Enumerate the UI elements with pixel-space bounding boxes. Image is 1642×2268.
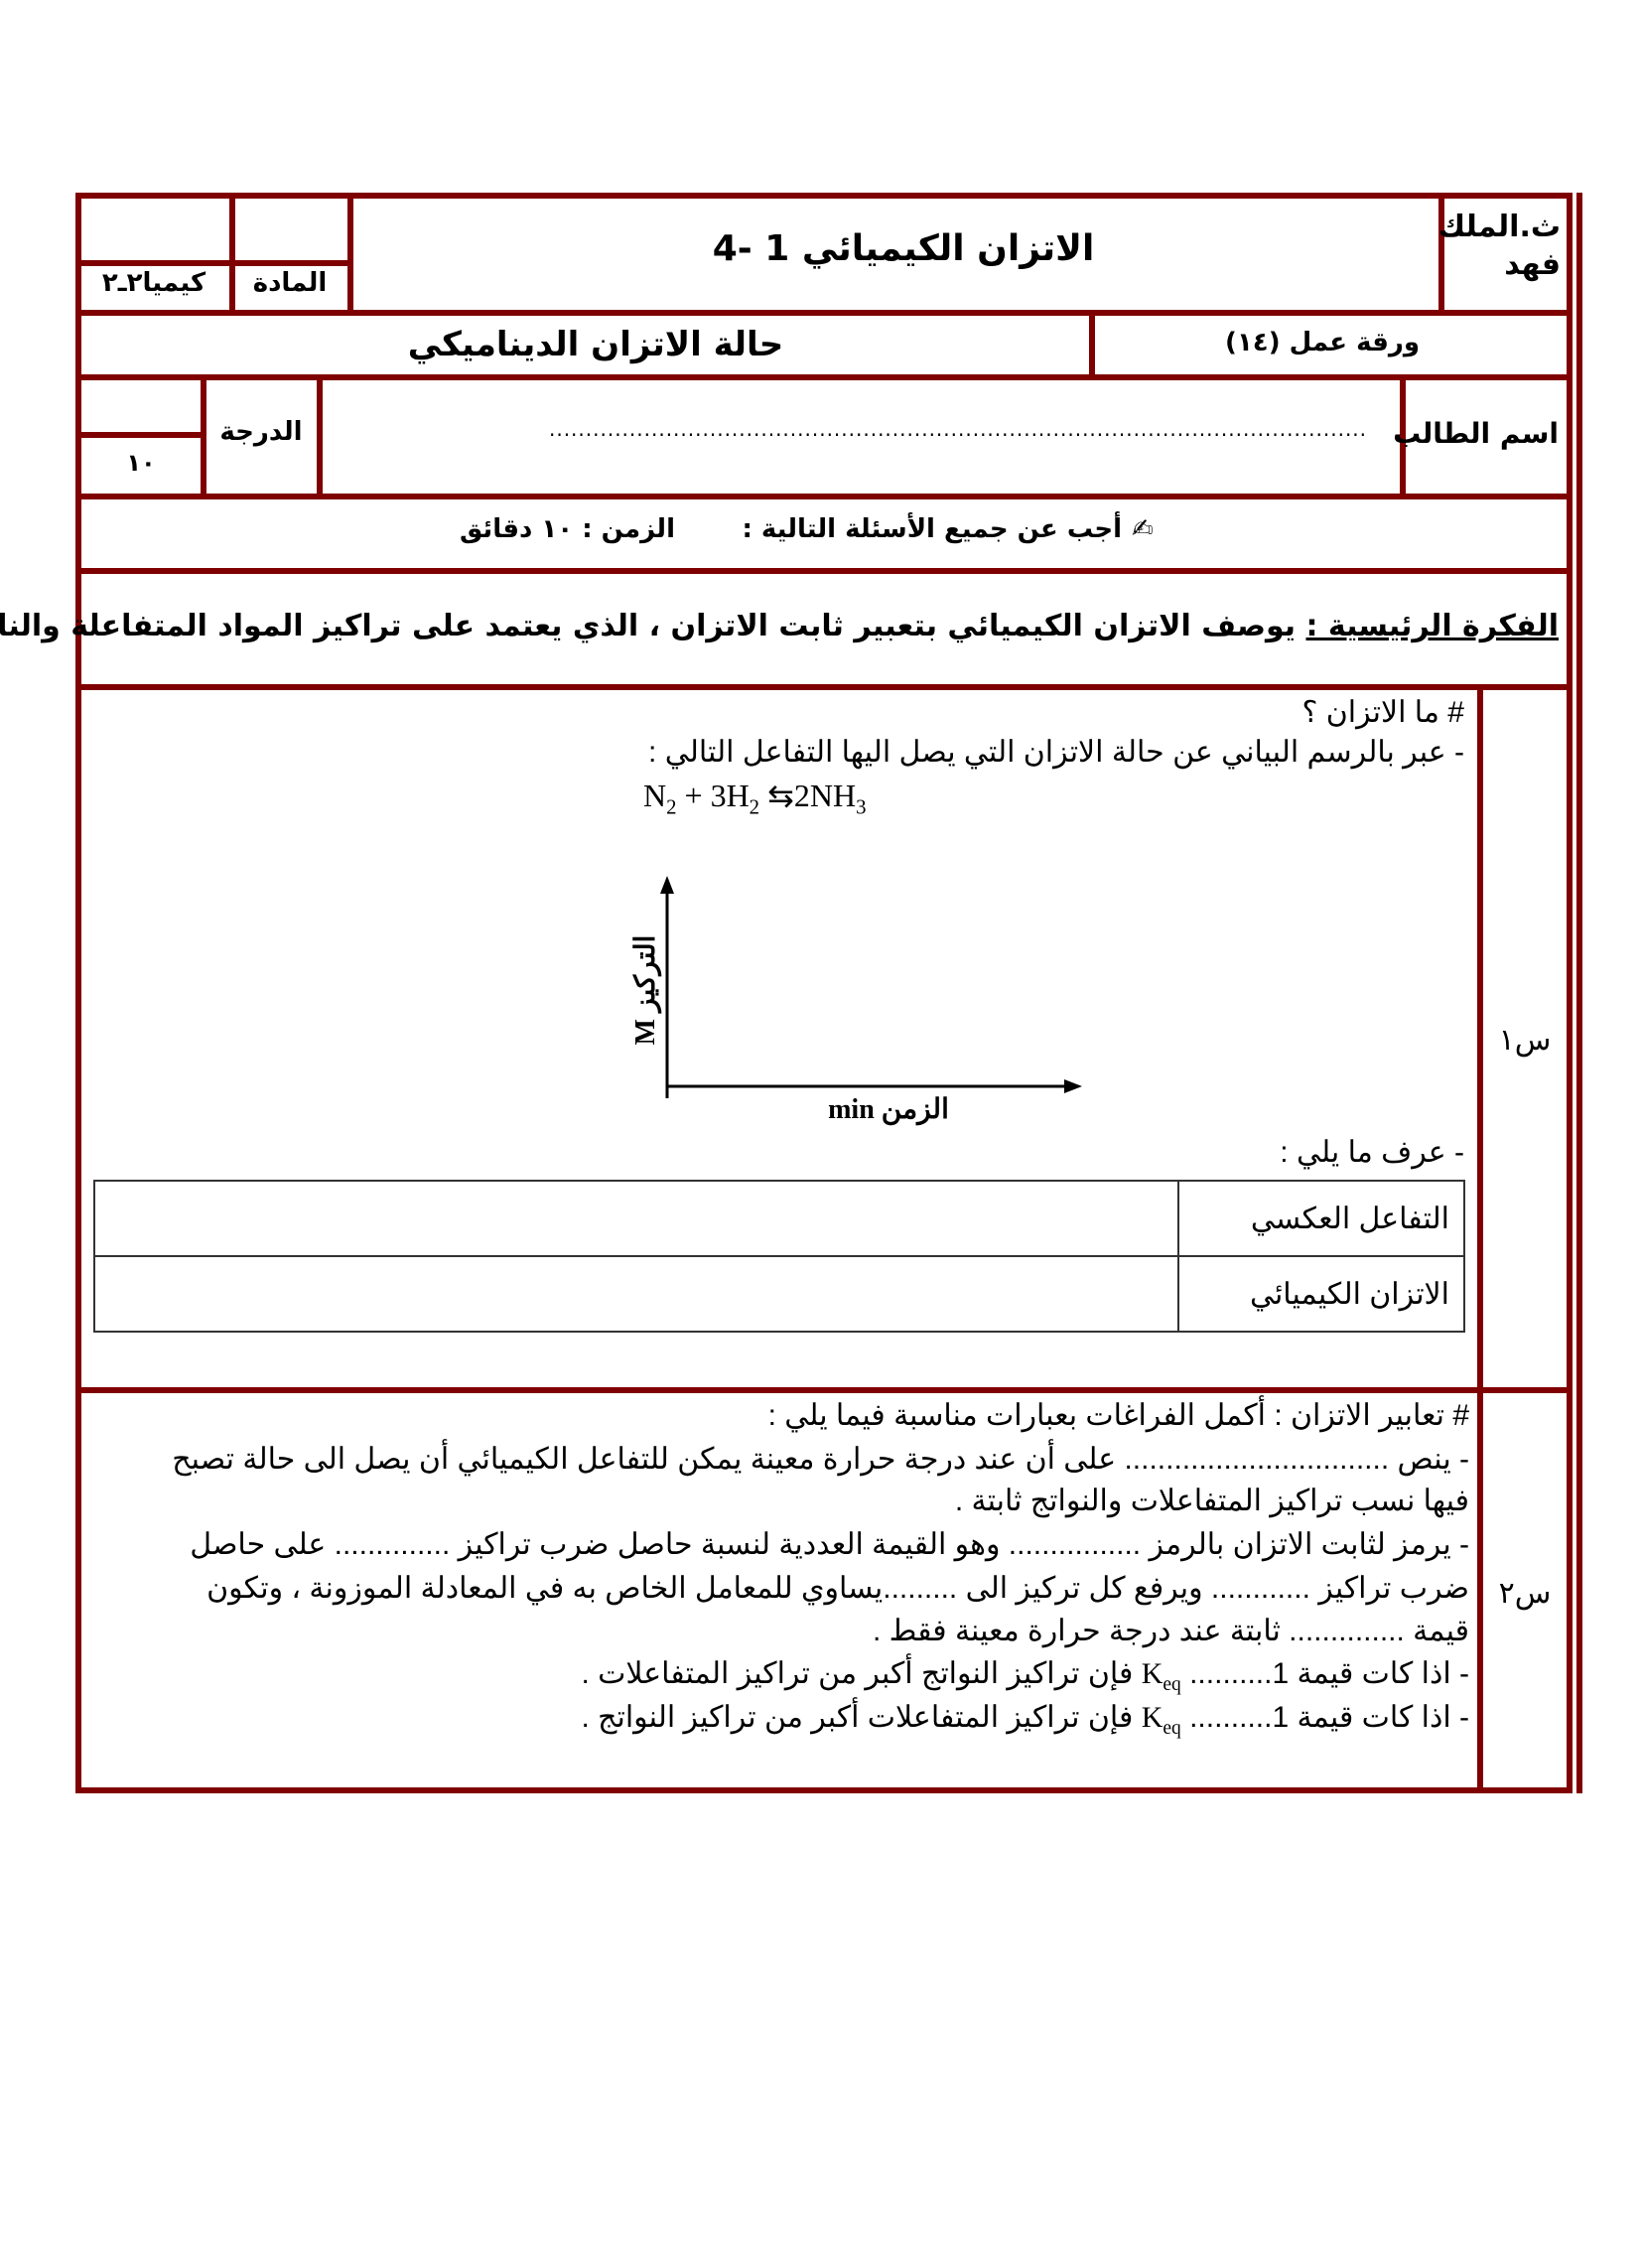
- answer-cell[interactable]: [94, 1181, 1178, 1256]
- q1-prompt: - عبر بالرسم البياني عن حالة الاتزان الت…: [496, 735, 1464, 770]
- q2-line-2: فيها نسب تراكيز المتفاعلات والنواتج ثابت…: [695, 1484, 1469, 1518]
- q2-keq-line-1: - اذا كات قيمة Keq ..........1 فإن تراكي…: [397, 1656, 1469, 1696]
- q2-line-5: قيمة .............. ثابتة عند درجة حرارة…: [695, 1614, 1469, 1648]
- graph-axes: [596, 854, 1191, 1132]
- concentration-time-graph[interactable]: التركيز M الزمن min: [596, 854, 1191, 1132]
- border-left: [75, 193, 81, 1793]
- main-idea-label: الفكرة الرئيسية :: [1305, 609, 1559, 643]
- q2-heading: # تعابير الاتزان : أكمل الفراغات بعبارات…: [695, 1398, 1469, 1433]
- subject-label: المادة: [235, 268, 344, 298]
- unit-title: الاتزان الكيميائي 1 -4: [695, 228, 1112, 269]
- border-row3-col2: [317, 374, 323, 499]
- main-idea-text: يوصف الاتزان الكيميائي بتعبير ثابت الاتز…: [0, 609, 1305, 643]
- border-bottom: [75, 1787, 1573, 1793]
- school-name: ث.الملك فهد: [1451, 209, 1561, 284]
- subject-value: كيميا٢ـ٢: [81, 268, 226, 298]
- term-chemical-equilibrium: الاتزان الكيميائي: [1178, 1256, 1464, 1332]
- definitions-table: التفاعل العكسي الاتزان الكيميائي: [93, 1180, 1465, 1333]
- table-row: التفاعل العكسي: [94, 1181, 1464, 1256]
- q2-line-3: - يرمز لثابت الاتزان بالرمز ............…: [91, 1527, 1469, 1562]
- q1-heading: # ما الاتزان ؟: [893, 695, 1464, 730]
- border-row2-bottom: [75, 374, 1573, 380]
- x-axis-label: الزمن min: [824, 1092, 953, 1126]
- student-name-field[interactable]: ........................................…: [526, 417, 1390, 441]
- border-question-col: [1477, 684, 1483, 1793]
- border-row1-bottom: [75, 310, 1573, 316]
- border-row1-left-split: [75, 260, 350, 266]
- q2-keq-line-2: - اذا كات قيمة Keq ..........1 فإن تراكي…: [397, 1700, 1469, 1740]
- border-right: [1567, 193, 1573, 1793]
- y-axis-label: التركيز M: [628, 911, 662, 1069]
- main-idea: الفكرة الرئيسية : يوصف الاتزان الكيميائي…: [89, 609, 1559, 643]
- border-row3-col1: [201, 374, 206, 499]
- border-grade-split: [75, 432, 204, 438]
- q2-line-4: ضرب تراكيز ............ ويرفع كل تركيز ا…: [129, 1571, 1469, 1606]
- answer-cell[interactable]: [94, 1256, 1178, 1332]
- term-reverse-reaction: التفاعل العكسي: [1178, 1181, 1464, 1256]
- time-limit: الزمن : ١٠ دقائق: [477, 514, 675, 544]
- instructions-text: أجب عن جميع الأسئلة التالية :: [754, 514, 1122, 544]
- lesson-title: حالة الاتزان الديناميكي: [298, 325, 893, 364]
- border-row2-col: [1089, 310, 1095, 380]
- border-row4-bottom: [75, 568, 1573, 574]
- x-axis-arrow-icon: [1064, 1079, 1082, 1093]
- y-axis-arrow-icon: [660, 876, 674, 894]
- grade-label: الدرجة: [208, 417, 314, 447]
- grade-value-field[interactable]: [81, 382, 201, 430]
- border-row3-bottom: [75, 494, 1573, 499]
- border-right-outer: [1576, 193, 1582, 1793]
- border-top: [75, 193, 1573, 199]
- q1-equation: N2 + 3H2 ⇆2NH3: [643, 777, 867, 819]
- define-prompt: - عرف ما يلي :: [1092, 1135, 1464, 1170]
- reversible-arrow-icon: ⇆: [759, 778, 794, 813]
- q2-label: س٢: [1483, 1576, 1567, 1611]
- table-row: الاتزان الكيميائي: [94, 1256, 1464, 1332]
- grade-total: ١٠: [81, 449, 201, 477]
- student-name-label: اسم الطالب: [1410, 417, 1559, 450]
- q2-line-1: - ينص ................................ ع…: [91, 1442, 1469, 1477]
- border-q1-bottom: [75, 1387, 1573, 1393]
- worksheet-label: ورقة عمل (١٤): [1191, 328, 1420, 357]
- border-row5-bottom: [75, 684, 1573, 690]
- border-row1-col2: [347, 193, 353, 316]
- q1-label: س١: [1483, 1023, 1567, 1058]
- writing-hand-icon: ✍: [1132, 514, 1154, 544]
